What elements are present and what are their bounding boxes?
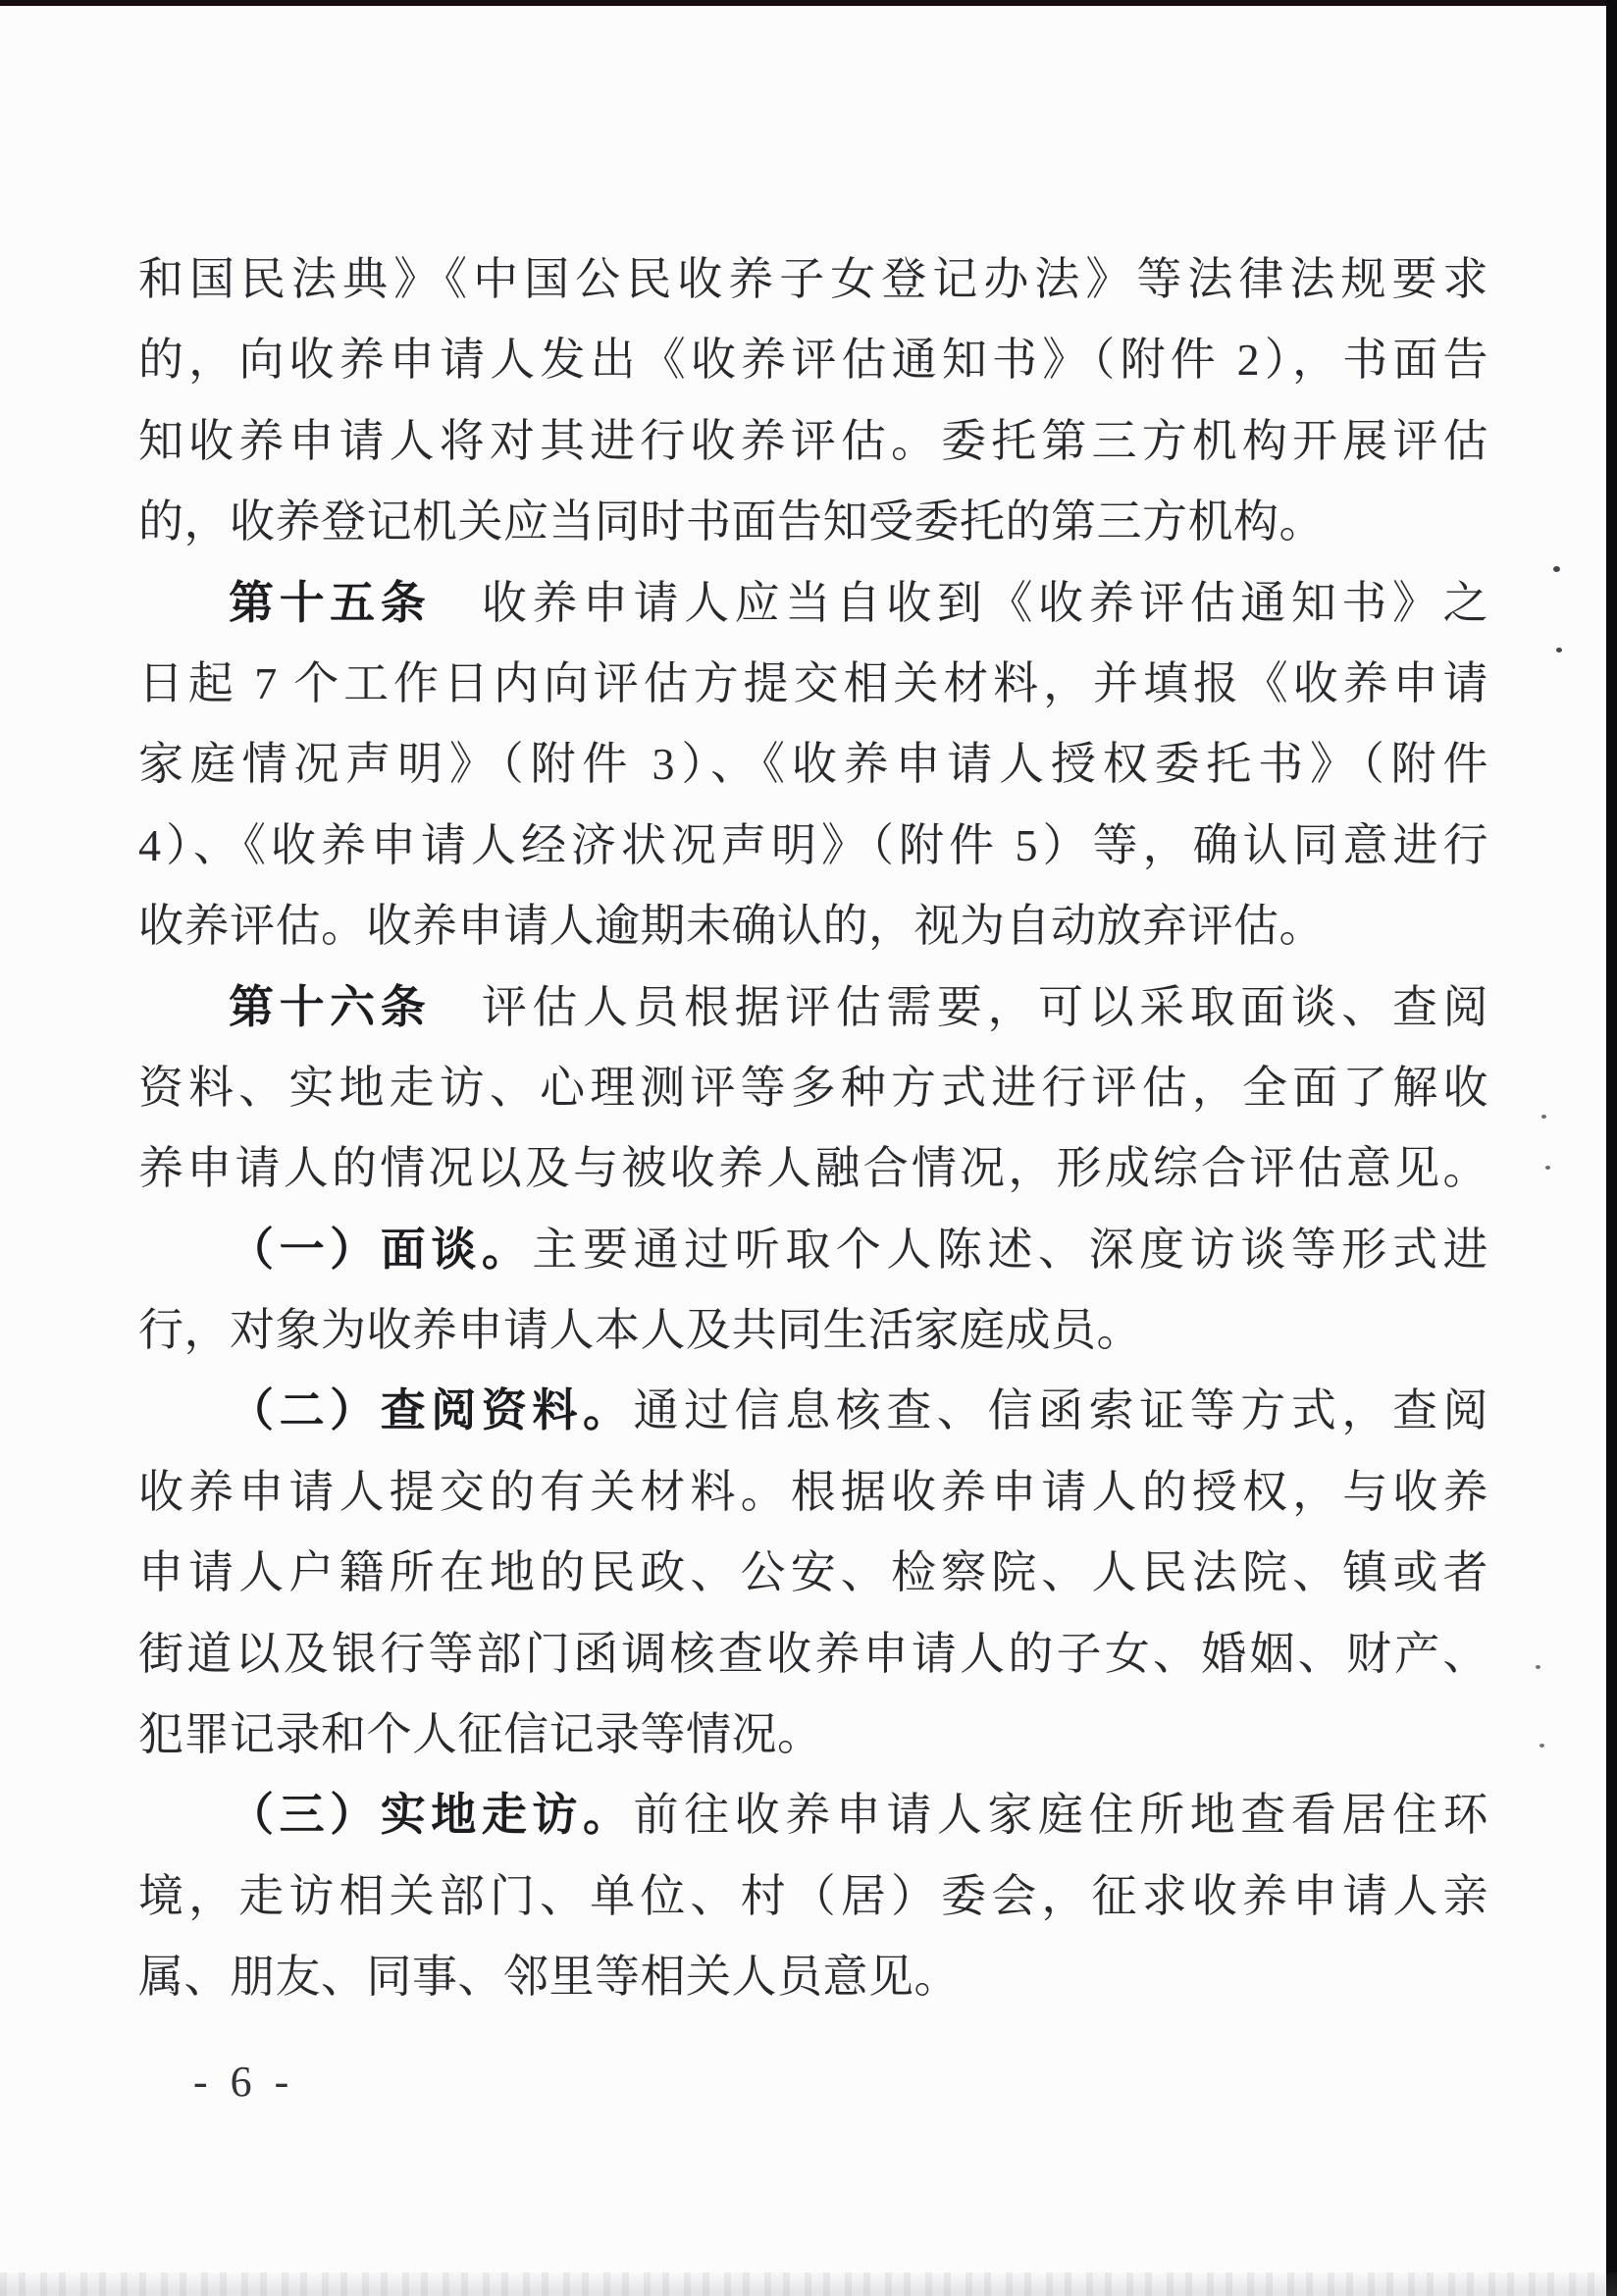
text-line: 第十六条 评估人员根据评估需要，可以采取面谈、查阅 — [138, 967, 1488, 1048]
text-line: 日起 7 个工作日内向评估方提交相关材料，并填报《收养申请 — [138, 644, 1488, 724]
document-page: 和国民法典》《中国公民收养子女登记办法》等法律法规要求的，向收养申请人发出《收养… — [0, 0, 1617, 2296]
text-line: 的，收养登记机关应当同时书面告知受委托的第三方机构。 — [138, 482, 1488, 562]
text-line: 养申请人的情况以及与被收养人融合情况，形成综合评估意见。 — [138, 1128, 1488, 1209]
text-run: 的，向收养申请人发出《收养评估通知书》（附件 2），书面告 — [138, 335, 1488, 385]
text-line: （三）实地走访。前往收养申请人家庭住所地查看居住环 — [138, 1775, 1488, 1855]
text-line: 4）、《收养申请人经济状况声明》（附件 5）等，确认同意进行 — [138, 806, 1488, 886]
scan-bottom-noise — [0, 2272, 1617, 2296]
text-line: 知收养申请人将对其进行收养评估。委托第三方机构开展评估 — [138, 401, 1488, 482]
text-run: 申请人户籍所在地的民政、公安、检察院、人民法院、镇或者 — [138, 1547, 1488, 1597]
text-run: 收养评估。收养申请人逾期未确认的，视为自动放弃评估。 — [138, 901, 1325, 951]
ink-speck — [1545, 1166, 1550, 1170]
text-run: 收养申请人应当自收到《收养评估通知书》之 — [431, 578, 1488, 628]
text-run: 行，对象为收养申请人本人及共同生活家庭成员。 — [138, 1305, 1142, 1355]
text-run: 资料、实地走访、心理测评等多种方式进行评估，全面了解收 — [138, 1063, 1488, 1113]
text-run: 日起 7 个工作日内向评估方提交相关材料，并填报《收养申请 — [138, 658, 1488, 708]
text-run: 通过信息核查、信函索证等方式，查阅 — [634, 1385, 1489, 1435]
scan-edge-right — [1606, 0, 1617, 2296]
ink-speck — [1556, 648, 1562, 652]
text-line: 第十五条 收养申请人应当自收到《收养评估通知书》之 — [138, 563, 1488, 644]
text-line: （一）面谈。主要通过听取个人陈述、深度访谈等形式进 — [138, 1210, 1488, 1290]
text-run: 收养申请人提交的有关材料。根据收养申请人的授权，与收养 — [138, 1467, 1488, 1517]
text-line: 和国民法典》《中国公民收养子女登记办法》等法律法规要求 — [138, 239, 1488, 320]
ink-speck — [1553, 566, 1560, 572]
text-line: 街道以及银行等部门函调核查收养申请人的子女、婚姻、财产、 — [138, 1614, 1488, 1695]
text-line: 的，向收养申请人发出《收养评估通知书》（附件 2），书面告 — [138, 320, 1488, 400]
text-run-bold: （三）实地走访。 — [229, 1790, 634, 1840]
text-run: 的，收养登记机关应当同时书面告知受委托的第三方机构。 — [138, 496, 1325, 547]
text-run: 养申请人的情况以及与被收养人融合情况，形成综合评估意见。 — [138, 1143, 1488, 1193]
text-run: 4）、《收养申请人经济状况声明》（附件 5）等，确认同意进行 — [138, 820, 1488, 870]
document-text: 和国民法典》《中国公民收养子女登记办法》等法律法规要求的，向收养申请人发出《收养… — [138, 239, 1488, 2018]
text-line: 收养评估。收养申请人逾期未确认的，视为自动放弃评估。 — [138, 886, 1488, 966]
text-run-bold: 第十五条 — [229, 578, 431, 628]
text-run: 主要通过听取个人陈述、深度访谈等形式进 — [532, 1225, 1488, 1275]
text-line: 申请人户籍所在地的民政、公安、检察院、人民法院、镇或者 — [138, 1533, 1488, 1613]
text-line: 境，走访相关部门、单位、村（居）委会，征求收养申请人亲 — [138, 1856, 1488, 1937]
scan-edge-top — [0, 0, 1617, 6]
text-run: 属、朋友、同事、邻里等相关人员意见。 — [138, 1952, 960, 2002]
text-run: 家庭情况声明》（附件 3）、《收养申请人授权委托书》（附件 — [138, 739, 1488, 789]
text-line: 家庭情况声明》（附件 3）、《收养申请人授权委托书》（附件 — [138, 724, 1488, 805]
text-line: 行，对象为收养申请人本人及共同生活家庭成员。 — [138, 1290, 1488, 1371]
text-run-bold: （一）面谈。 — [229, 1225, 532, 1275]
ink-speck — [1536, 1665, 1540, 1669]
text-run: 知收养申请人将对其进行收养评估。委托第三方机构开展评估 — [138, 416, 1488, 466]
text-line: （二）查阅资料。通过信息核查、信函索证等方式，查阅 — [138, 1371, 1488, 1451]
page-number: - 6 - — [193, 2057, 294, 2107]
text-line: 收养申请人提交的有关材料。根据收养申请人的授权，与收养 — [138, 1452, 1488, 1533]
text-run: 和国民法典》《中国公民收养子女登记办法》等法律法规要求 — [138, 254, 1488, 304]
text-line: 犯罪记录和个人征信记录等情况。 — [138, 1695, 1488, 1775]
text-run: 街道以及银行等部门函调核查收养申请人的子女、婚姻、财产、 — [138, 1629, 1488, 1679]
text-run: 评估人员根据评估需要，可以采取面谈、查阅 — [431, 982, 1488, 1032]
text-line: 属、朋友、同事、邻里等相关人员意见。 — [138, 1937, 1488, 2017]
text-line: 资料、实地走访、心理测评等多种方式进行评估，全面了解收 — [138, 1048, 1488, 1128]
ink-speck — [1541, 1115, 1546, 1119]
text-run: 前往收养申请人家庭住所地查看居住环 — [634, 1790, 1489, 1840]
text-run-bold: 第十六条 — [229, 982, 431, 1032]
text-run: 境，走访相关部门、单位、村（居）委会，征求收养申请人亲 — [138, 1871, 1488, 1921]
text-run: 犯罪记录和个人征信记录等情况。 — [138, 1709, 823, 1759]
text-run-bold: （二）查阅资料。 — [229, 1385, 634, 1435]
ink-speck — [1539, 1744, 1544, 1748]
